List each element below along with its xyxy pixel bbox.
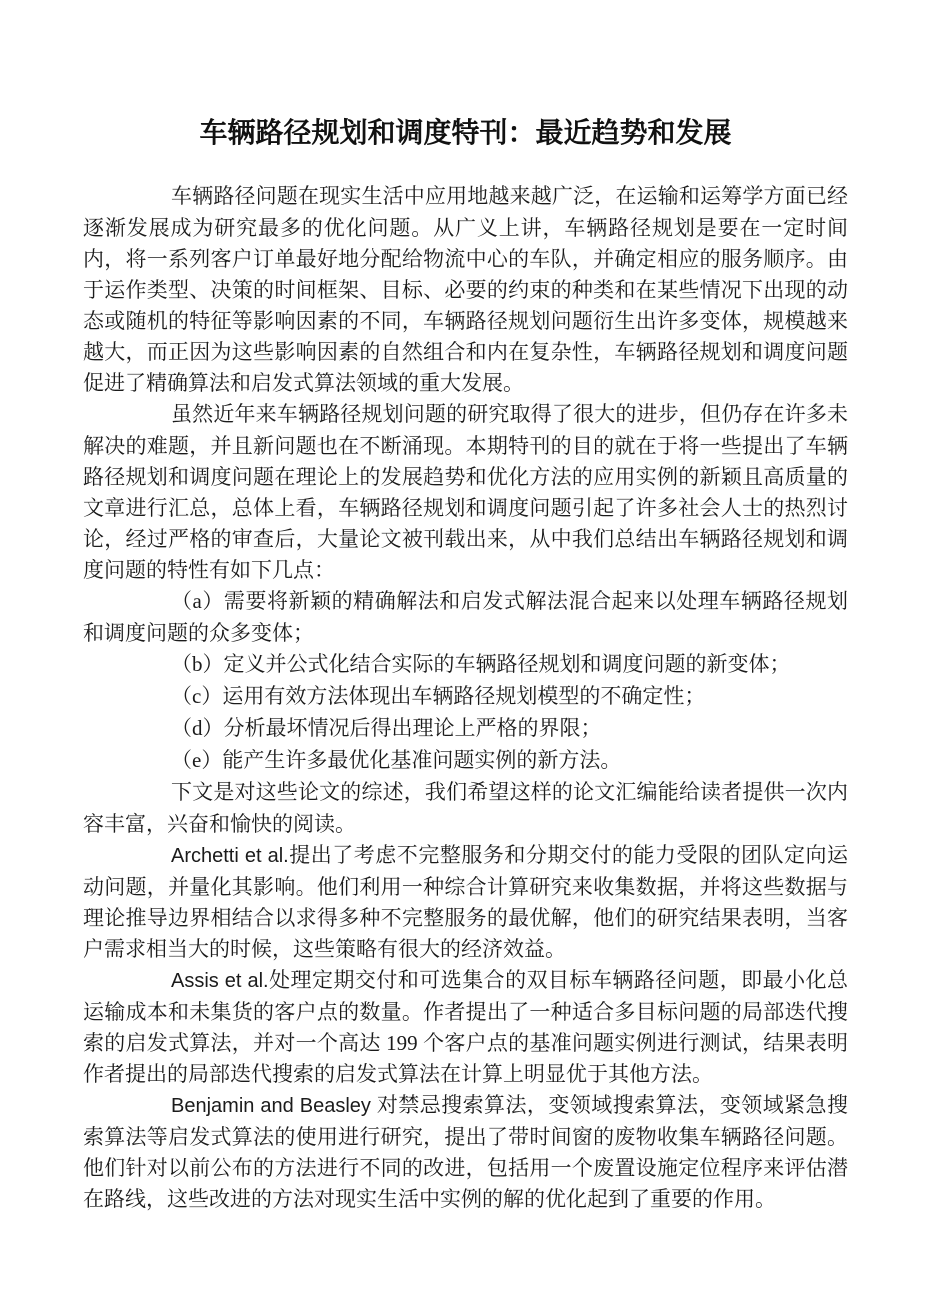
list-item-d: （d）分析最坏情况后得出理论上严格的界限； (83, 713, 848, 745)
list-item-c: （c）运用有效方法体现出车辆路径规划模型的不确定性； (83, 681, 848, 713)
paragraph-text: 虽然近年来车辆路径规划问题的研究取得了很大的进步，但仍存在许多未解决的难题，并且… (83, 402, 848, 582)
list-item-b: （b）定义并公式化结合实际的车辆路径规划和调度问题的新变体； (83, 649, 848, 681)
list-item-a: （a）需要将新颖的精确解法和启发式解法混合起来以处理车辆路径规划和调度问题的众多… (83, 586, 848, 649)
author-name-benjamin: Benjamin and Beasley (171, 1095, 377, 1117)
list-item-e: （e）能产生许多最优化基准问题实例的新方法。 (83, 745, 848, 777)
paragraph-archetti: Archetti et al.提出了考虑不完整服务和分期交付的能力受限的团队定向… (83, 840, 848, 965)
author-name-archetti: Archetti et al. (171, 845, 289, 867)
list-item-text: （c）运用有效方法体现出车辆路径规划模型的不确定性； (171, 684, 705, 708)
paragraph-benjamin: Benjamin and Beasley 对禁忌搜索算法，变领域搜索算法，变领域… (83, 1090, 848, 1215)
list-item-text: （b）定义并公式化结合实际的车辆路径规划和调度问题的新变体； (171, 652, 791, 676)
author-name-assis: Assis et al. (171, 970, 269, 992)
paragraph-text: 车辆路径问题在现实生活中应用地越来越广泛，在运输和运筹学方面已经逐渐发展成为研究… (83, 184, 848, 395)
paragraph-intro: 车辆路径问题在现实生活中应用地越来越广泛，在运输和运筹学方面已经逐渐发展成为研究… (83, 181, 848, 399)
paragraph-text: 下文是对这些论文的综述，我们希望这样的论文汇编能给读者提供一次内容丰富，兴奋和愉… (83, 780, 848, 836)
list-item-text: （e）能产生许多最优化基准问题实例的新方法。 (171, 748, 621, 772)
list-item-text: （d）分析最坏情况后得出理论上严格的界限； (171, 716, 602, 740)
paragraph-special-issue: 虽然近年来车辆路径规划问题的研究取得了很大的进步，但仍存在许多未解决的难题，并且… (83, 399, 848, 586)
document-page: 车辆路径规划和调度特刊：最近趋势和发展 车辆路径问题在现实生活中应用地越来越广泛… (0, 0, 926, 1309)
paragraph-overview-note: 下文是对这些论文的综述，我们希望这样的论文汇编能给读者提供一次内容丰富，兴奋和愉… (83, 777, 848, 840)
list-item-text: （a）需要将新颖的精确解法和启发式解法混合起来以处理车辆路径规划和调度问题的众多… (83, 589, 848, 645)
paragraph-assis: Assis et al.处理定期交付和可选集合的双目标车辆路径问题，即最小化总运… (83, 965, 848, 1090)
document-body: 车辆路径问题在现实生活中应用地越来越广泛，在运输和运筹学方面已经逐渐发展成为研究… (83, 181, 848, 1215)
document-title: 车辆路径规划和调度特刊：最近趋势和发展 (83, 112, 848, 156)
